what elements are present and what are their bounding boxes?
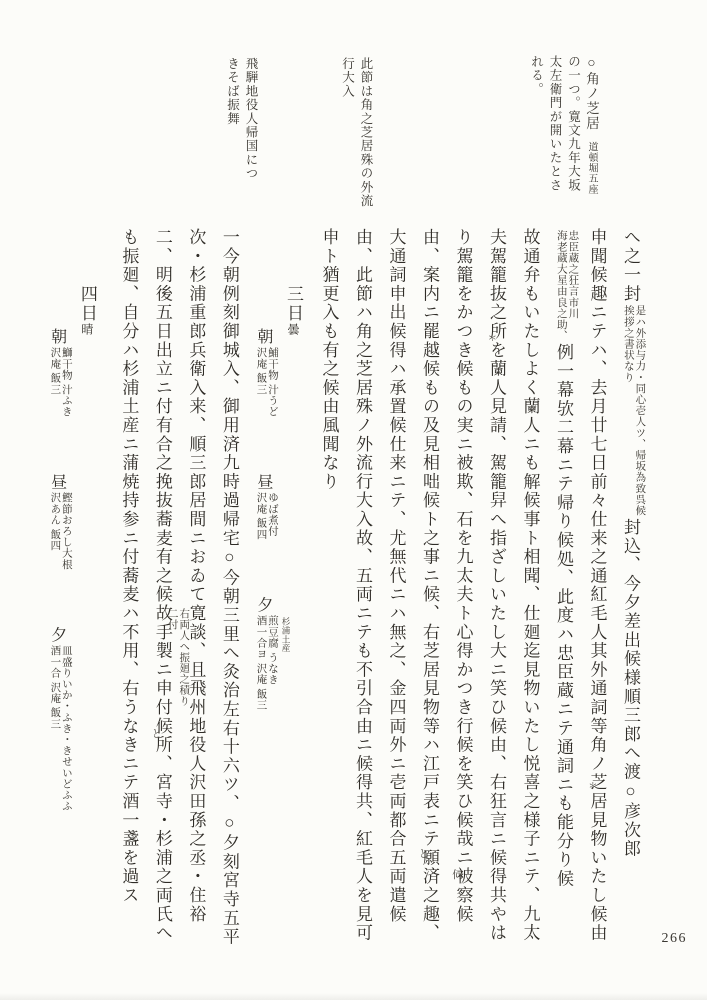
interlinear-note-line: 皿盛りいか・ふき・きせいどふふ xyxy=(60,645,72,812)
interlinear-note-line: 沢あん 飯四 xyxy=(49,492,61,570)
side-annotation-line: 二付 xyxy=(166,608,178,706)
side-annotation-text: と xyxy=(417,848,429,859)
interlinear-note-line: ゆば煮付 xyxy=(267,492,279,540)
side-annotation-line: 伺 xyxy=(450,869,462,880)
interlinear-note-line: 鰹節おろし大根 xyxy=(60,492,72,570)
side-annotation-text: ＊ xyxy=(587,781,597,790)
column-1: へ之一封是ハ外添与力・同心壱人ツ、帰坂為致呉候挨拶之書状なり封込、今夕差出候様順… xyxy=(614,228,648,958)
text-run: を蘭人見請、駕籠舁へ指ざしいたし大ニ笑ひ候由、右狂言ニ候得共やは xyxy=(487,341,506,943)
text-run: 一今朝例刻御城入、御用済九時過帰宅○今朝三里へ灸治左右十六ツ、○夕刻宮寺五平 xyxy=(220,228,239,946)
side-annotation-text: ＊ xyxy=(487,333,497,342)
text-run: 夕 xyxy=(255,596,272,613)
text-run: 朝 xyxy=(49,328,66,345)
interlinear-note-line: 酒一合 沢庵 飯三 xyxy=(49,645,61,812)
interlinear-note-line: 挨拶之書状なり xyxy=(622,305,634,516)
text-run: 宮寺・杉浦之両氏へ xyxy=(153,773,172,942)
interlinear-note-line: 沢庵 飯四 xyxy=(255,492,267,540)
interlinear-note-line: 沢庵 飯三 xyxy=(49,347,61,417)
side-annotation-text: 右両人へ振廻之積り二付 xyxy=(166,608,189,706)
text-run: 見物いたし候由 xyxy=(588,811,607,943)
headnote-text: 此節は角之芝居殊の外流 xyxy=(359,57,373,208)
side-annotation-text: 伺 xyxy=(450,869,462,880)
headnote-text: 太左衛門が開いたとさ xyxy=(548,55,562,192)
text-run: 之趣、 xyxy=(420,886,439,942)
interlinear-note-line: 酒一合ヨ 沢庵 飯三 xyxy=(255,615,267,710)
headnote-hida-yakunin-soba: 飛騨地役人帰国につきそば振舞 xyxy=(223,57,260,180)
column-3: 忠臣蔵之狂言市川海老蔵大星由良之助、例一幕欤二幕ニテ帰り候処、此度ハ忠臣蔵ニテ通… xyxy=(547,228,581,958)
interlinear-note: 鰹節おろし大根沢あん 飯四 xyxy=(49,492,72,570)
headnote-line: れる。 xyxy=(527,55,546,195)
day3-column-2: 次・杉浦重郎兵衛入来、順三郎居間ニおゐて寛談、右両人へ振廻之積り二付且飛州地役人… xyxy=(179,228,213,958)
interlinear-note-line: 鰤干物 汁ふき xyxy=(60,347,72,417)
side-annotation-text: と xyxy=(150,728,162,739)
interlinear-note: 皿盛りいか・ふき・きせいどふふ酒一合 沢庵 飯三 xyxy=(49,645,72,812)
interlinear-note-line: 煎豆腐 うなき xyxy=(267,615,279,710)
interlinear-note: 煎豆腐 うなき酒一合ヨ 沢庵 飯三 xyxy=(255,615,278,710)
text-run: 封込、今夕差出候様順三郎へ渡○彦次郎 xyxy=(621,518,640,858)
side-annotation-line: 右両人へ振廻之積り xyxy=(178,608,190,706)
text-run: へ之一封 xyxy=(621,228,640,303)
interlinear-note-line: 海老蔵大星由良之助、 xyxy=(555,230,567,341)
day3-column-3: 二、明後五日出立ニ付有合之挽抜蕎麦有之候故手製ニ申付候所、と宮寺・杉浦之両氏へ xyxy=(145,228,179,958)
day4-heading: 四日晴 xyxy=(72,228,102,958)
interlinear-note-line: 沢庵 飯三 xyxy=(255,347,267,417)
headnote-line: ○角ノ芝居 道頓堀五座 xyxy=(583,55,601,195)
text-run: り駕籠をかつき候もの実ニ被欺、石を九太夫ト心得かつき行候を笑ひ候哉ニ被察候 xyxy=(454,228,473,924)
column-4: 故通弁もいたしよく蘭人ニも解候事ト相聞、仕廻迄見物いたし悦喜之様子ニテ、九太 xyxy=(513,228,547,958)
text-run: 夕 xyxy=(49,627,66,644)
interlinear-note: 是ハ外添与力・同心壱人ツ、帰坂為致呉候挨拶之書状なり xyxy=(622,305,645,516)
interlinear-note-line: 忠臣蔵之狂言市川 xyxy=(567,230,579,341)
weather-label: 晴 xyxy=(80,323,94,335)
interlinear-note: 鰤干物 汁ふき沢庵 飯三 xyxy=(49,347,72,417)
text-run: 大通詞申出候得ハ承置候仕来ニテ、尤無代ニハ無之、金四両外ニ壱両都合五両遣候 xyxy=(387,228,406,924)
day3-heading: 三日曇 xyxy=(278,228,308,958)
side-annotation-line: と xyxy=(150,728,162,739)
column-8: 大通詞申出候得ハ承置候仕来ニテ、尤無代ニハ無之、金四両外ニ壱両都合五両遣候 xyxy=(379,228,413,958)
text-run: も振廻、自分ハ杉浦土産ニ蒲焼持参ニ付蕎麦ハ不用、右うなきニテ酒一盞を過ス xyxy=(119,228,138,905)
side-annotation-text: 杉浦土産 xyxy=(281,617,291,653)
headnote-line: 飛騨地役人帰国につ xyxy=(242,57,261,180)
column-10: 申ト猶更入も有之候由風聞なり xyxy=(312,228,346,958)
headnote-kado-no-shibai: ○角ノ芝居 道頓堀五座の一つ。寛文九年大坂太左衛門が開いたとされる。 xyxy=(527,55,600,195)
headnote-line: 行大入 xyxy=(338,57,357,208)
day3-meals: 朝鯆干物 汁うど沢庵 飯三昼ゆば煮付沢庵 飯四夕杉浦土産煎豆腐 うなき酒一合ヨ … xyxy=(250,228,278,958)
interlinear-note-line: 是ハ外添与力・同心壱人ツ、帰坂為致呉候 xyxy=(634,305,646,516)
headnote-line: 太左衛門が開いたとさ xyxy=(546,55,565,195)
side-annotation-line: 杉浦土産 xyxy=(281,617,291,653)
text-run: 三日 xyxy=(284,285,303,323)
page-edge-shade xyxy=(0,993,707,1000)
column-7: 由、案内ニ罷越候もの及見相咄候ト之事ニ候、右芝居見物等ハ江戸表ニテ願済と之趣、 xyxy=(413,228,447,958)
text-run: 申聞候趣ニテハ、去月廿七日前々仕来之通紅毛人其外通詞等角ノ芝居 xyxy=(588,228,607,811)
interlinear-note: 鯆干物 汁うど沢庵 飯三 xyxy=(255,347,278,417)
column-9: 由、此節ハ角之芝居殊ノ外流行大入故、五両ニテも不引合由ニ候得共、紅毛人を見可 xyxy=(346,228,380,958)
headnote-text: の一つ。寛文九年大坂 xyxy=(567,55,581,192)
text-run: 夫駕籠抜之所 xyxy=(487,228,506,341)
text-run: 昼 xyxy=(49,473,66,490)
text-run: 由、案内ニ罷越候もの及見相咄候ト之事ニ候、右芝居見物等ハ江戸表ニテ願済 xyxy=(420,228,439,886)
text-run: 故通弁もいたしよく蘭人ニも解候事ト相聞、仕廻迄見物いたし悦喜之様子ニテ、九太 xyxy=(521,228,540,942)
page-number: 266 xyxy=(662,931,688,947)
interlinear-note: ゆば煮付沢庵 飯四 xyxy=(255,492,278,540)
headnote-line: きそば振舞 xyxy=(223,57,242,180)
headnote-kono-setsu-ooiri: 此節は角之芝居殊の外流行大入 xyxy=(338,57,375,208)
column-5: 夫駕籠抜之所＊を蘭人見請、駕籠舁へ指ざしいたし大ニ笑ひ候由、右狂言ニ候得共やは xyxy=(480,228,514,958)
side-annotation-line: ＊ xyxy=(587,781,597,790)
side-annotation-line: と xyxy=(417,848,429,859)
headnote-line: の一つ。寛文九年大坂 xyxy=(564,55,583,195)
text-run: 四日 xyxy=(78,285,97,323)
text-run: 例一幕欤二幕ニテ帰り候処、此度ハ忠臣蔵ニテ通詞ニも能分り候 xyxy=(554,343,573,888)
day3-column-1: 一今朝例刻御城入、御用済九時過帰宅○今朝三里へ灸治左右十六ツ、○夕刻宮寺五平 xyxy=(212,228,246,958)
interlinear-note-line: 鯆干物 汁うど xyxy=(267,347,279,417)
headnote-text: 行大入 xyxy=(341,57,355,98)
main-text-area: へ之一封是ハ外添与力・同心壱人ツ、帰坂為致呉候挨拶之書状なり封込、今夕差出候様順… xyxy=(44,228,647,958)
headnote-text: きそば振舞 xyxy=(226,57,240,126)
text-run: 朝 xyxy=(255,328,272,345)
headnote-text: 飛騨地役人帰国につ xyxy=(244,57,258,180)
headnote-line: 此節は角之芝居殊の外流 xyxy=(357,57,376,208)
day3-column-4: も振廻、自分ハ杉浦土産ニ蒲焼持参ニ付蕎麦ハ不用、右うなきニテ酒一盞を過ス xyxy=(112,228,146,958)
headnote-text: 道頓堀五座 xyxy=(586,131,597,195)
weather-label: 曇 xyxy=(286,323,300,335)
column-6: り駕籠をかつき候もの実ニ被欺、石を九太夫ト心得かつき行候を笑ひ候哉ニ被察候伺 xyxy=(446,228,480,958)
book-page: ○角ノ芝居 道頓堀五座の一つ。寛文九年大坂太左衛門が開いたとされる。此節は角之芝… xyxy=(0,0,707,1000)
column-2: 申聞候趣ニテハ、去月廿七日前々仕来之通紅毛人其外通詞等角ノ芝居＊見物いたし候由 xyxy=(580,228,614,958)
text-run: 昼 xyxy=(255,473,272,490)
text-run: 次・杉浦重郎兵衛入来、順三郎居間ニおゐて寛談、 xyxy=(186,228,205,660)
text-run: 申ト猶更入も有之候由風聞なり xyxy=(320,228,339,491)
interlinear-note: 忠臣蔵之狂言市川海老蔵大星由良之助、 xyxy=(555,230,578,341)
day4-meals: 朝鰤干物 汁ふき沢庵 飯三昼鰹節おろし大根沢あん 飯四夕皿盛りいか・ふき・きせい… xyxy=(44,228,72,958)
text-run: 由、此節ハ角之芝居殊ノ外流行大入故、五両ニテも不引合由ニ候得共、紅毛人を見可 xyxy=(353,228,372,942)
side-annotation-line: ＊ xyxy=(487,333,497,342)
headnote-text: れる。 xyxy=(530,55,544,96)
headnote-text: ○角ノ芝居 xyxy=(584,55,599,131)
